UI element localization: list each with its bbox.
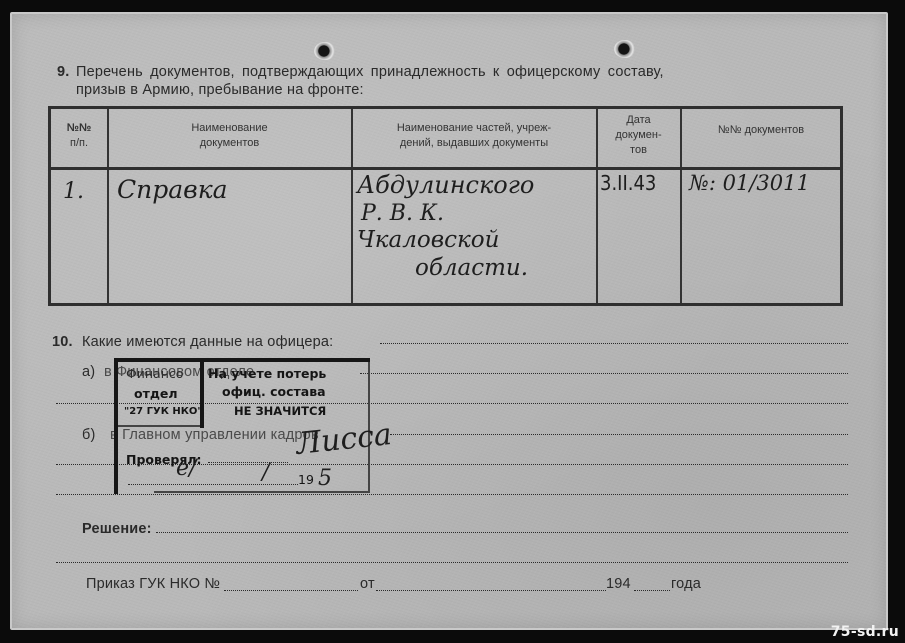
stamp-right-line1: На учете потерь xyxy=(208,366,326,381)
watermark: 75-sd.ru xyxy=(831,624,899,640)
item-b-label: б) xyxy=(82,427,96,443)
punch-hole xyxy=(614,40,636,58)
header-issuer: Наименование частей, учреж- дений, выдав… xyxy=(352,121,596,151)
stamp-left-line2: отдел xyxy=(134,386,178,401)
stamp-right-line2: офиц. состава xyxy=(222,384,326,399)
section9-number: 9. xyxy=(57,64,70,80)
row-doc-number: №: 01/3011 xyxy=(689,171,810,195)
document-sheet xyxy=(10,12,888,630)
row-date: 3.II.43 xyxy=(600,171,656,195)
stamp-handwritten-month: / xyxy=(262,460,269,485)
row-issuer-line4: области. xyxy=(415,255,528,281)
section9-title-line2: призыв в Армию, пребывание на фронте: xyxy=(76,82,364,98)
order-year-prefix: 194 xyxy=(606,576,631,592)
row-issuer-line2: Р. В. К. xyxy=(361,201,444,226)
documents-table: №№ п/п. Наименование документов Наименов… xyxy=(48,106,843,306)
row-number: 1. xyxy=(63,179,84,204)
section10-number: 10. xyxy=(52,334,73,350)
order-label: Приказ ГУК НКО № xyxy=(86,576,220,592)
stamp-year-prefix: 19 xyxy=(298,472,314,487)
stamp-left-line1: Финансо xyxy=(126,366,183,381)
row-document-name: Справка xyxy=(117,175,228,204)
stamp-right-line3: НЕ ЗНАЧИТСЯ xyxy=(234,404,326,418)
decision-label: Решение: xyxy=(82,521,152,537)
order-year-suffix: года xyxy=(671,576,701,592)
section10-title: Какие имеются данные на офицера: xyxy=(82,334,333,350)
item-a-label: а) xyxy=(82,364,95,380)
row-issuer-line3: Чкаловской xyxy=(357,227,499,253)
row-issuer-line1: Абдулинского xyxy=(357,171,534,199)
punch-hole xyxy=(314,42,336,60)
header-number: №№ п/п. xyxy=(51,121,107,151)
header-document-name: Наименование документов xyxy=(108,121,351,151)
header-doc-number: №№ документов xyxy=(681,123,841,138)
section9-title-line1: Перечень документов, подтверждающих прин… xyxy=(76,64,664,80)
order-from-label: от xyxy=(360,576,375,592)
stamp-left-line3: "27 ГУК НКО" xyxy=(124,406,203,417)
header-date: Дата докумен- тов xyxy=(597,113,680,158)
stamp-handwritten-year: 5 xyxy=(318,466,332,491)
stamp-handwritten-day: е/ xyxy=(176,456,196,481)
